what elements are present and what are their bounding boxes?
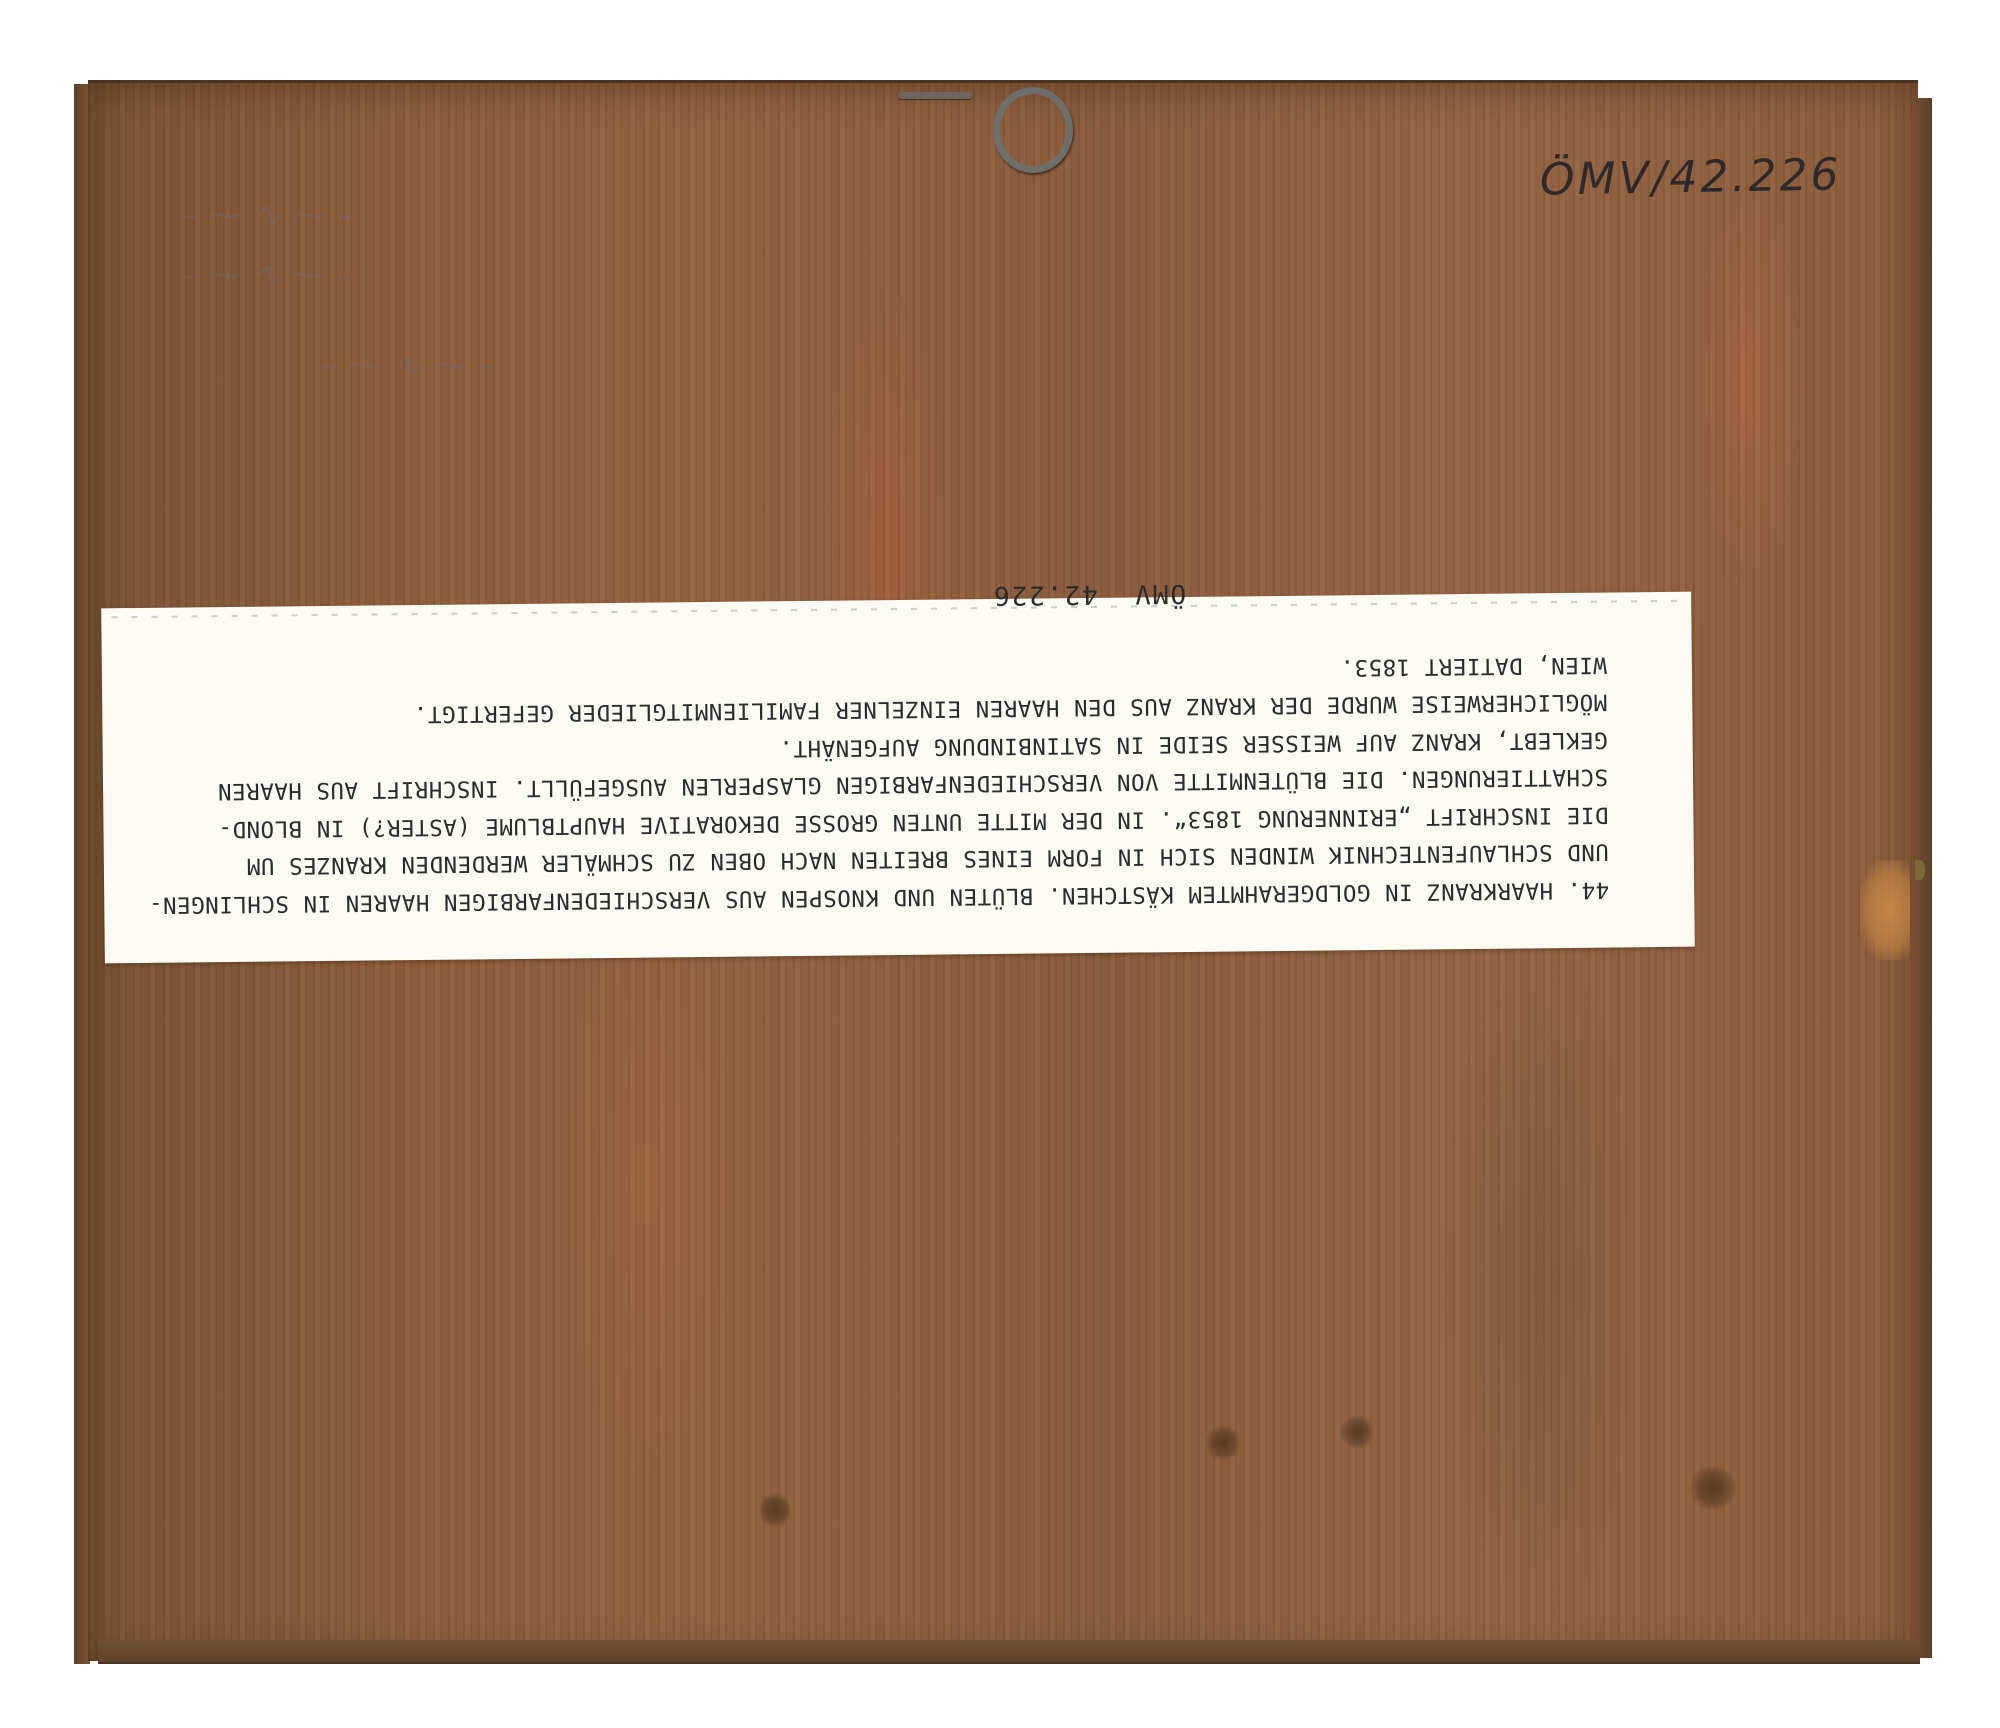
inventory-number-handwritten: ÖMV/42.226 bbox=[1540, 149, 1842, 205]
light-wood-patch bbox=[1860, 860, 1910, 960]
label-text-upside-down: 44. HAARKRANZ IN GOLDGERAHMTEM KÄSTCHEN.… bbox=[101, 592, 1695, 964]
catalogue-label: 44. HAARKRANZ IN GOLDGERAHMTEM KÄSTCHEN.… bbox=[101, 592, 1695, 964]
wood-knot bbox=[1690, 1465, 1736, 1511]
pencil-note: – ⁓ ∿ ⁓ – bbox=[180, 255, 354, 295]
frame-bottom-edge bbox=[98, 1640, 1920, 1664]
wood-knot bbox=[760, 1490, 790, 1530]
screw-head-icon bbox=[1915, 860, 1925, 880]
wood-knot bbox=[1205, 1425, 1241, 1461]
pencil-note: – ⁓ ∿ ⁓ – bbox=[320, 345, 494, 385]
pencil-note: – ⁓ ∿ ⁓ – bbox=[180, 195, 354, 235]
wood-knot bbox=[1340, 1415, 1374, 1449]
nail-icon bbox=[898, 92, 972, 99]
hanging-ring-icon bbox=[993, 87, 1073, 173]
